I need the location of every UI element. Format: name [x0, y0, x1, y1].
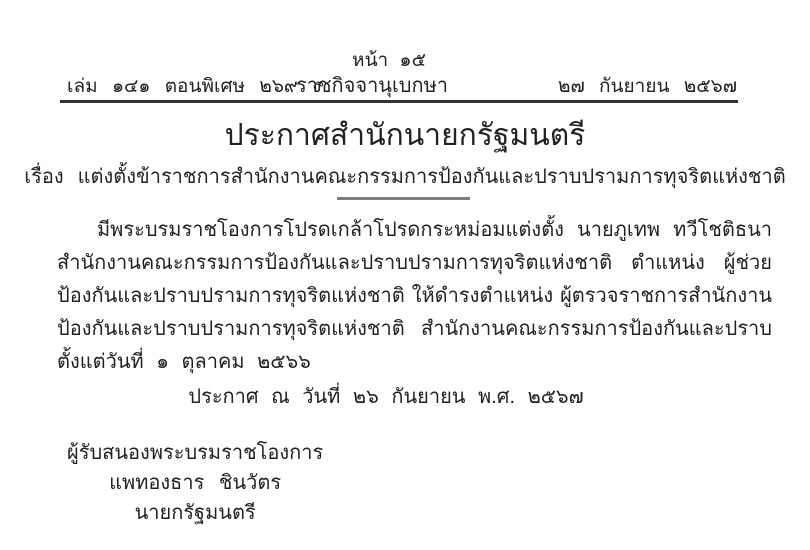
signer-name: แพทองธาร ชินวัตร [109, 468, 281, 498]
announcement-subject: เรื่องแต่งตั้งข้าราชการสำนักงานคณะกรรมกา… [0, 162, 810, 192]
subject-text: แต่งตั้งข้าราชการสำนักงานคณะกรรมการป้องก… [78, 166, 786, 188]
subject-label: เรื่อง [24, 166, 63, 188]
body-line: มีพระบรมราชโองการโปรดเกล้าโปรดกระหม่อมแต… [57, 214, 772, 247]
gazette-page: หน้า ๑๕ เล่ม ๑๔๑ ตอนพิเศษ ๒๖๙ ง ราชกิจจา… [0, 0, 810, 550]
gazette-date: ๒๗ กันยายน ๒๕๖๗ [558, 74, 737, 100]
signature-block: ผู้รับสนองพระบรมราชโองการ แพทองธาร ชินวั… [67, 438, 323, 528]
body-paragraph: มีพระบรมราชโองการโปรดเกล้าโปรดกระหม่อมแต… [57, 214, 772, 379]
countersign-label: ผู้รับสนองพระบรมราชโองการ [67, 438, 323, 468]
announcement-title: ประกาศสำนักนายกรัฐมนตรี [0, 114, 810, 158]
header-rule [60, 100, 738, 103]
body-line: ป้องกันและปราบปรามการทุจริตแห่งชาติ สำนั… [57, 313, 772, 346]
body-line: ป้องกันและปราบปรามการทุจริตแห่งชาติ ให้ด… [57, 280, 772, 313]
body-line: สำนักงานคณะกรรมการป้องกันและปราบปรามการท… [57, 247, 772, 280]
signer-position: นายกรัฐมนตรี [135, 498, 256, 528]
body-line: ตั้งแต่วันที่ ๑ ตุลาคม ๒๕๖๖ [57, 346, 772, 379]
announcement-date-line: ประกาศ ณ วันที่ ๒๖ กันยายน พ.ศ. ๒๕๖๗ [57, 382, 715, 412]
title-divider [337, 197, 470, 200]
page-number-label: หน้า ๑๕ [0, 48, 778, 74]
